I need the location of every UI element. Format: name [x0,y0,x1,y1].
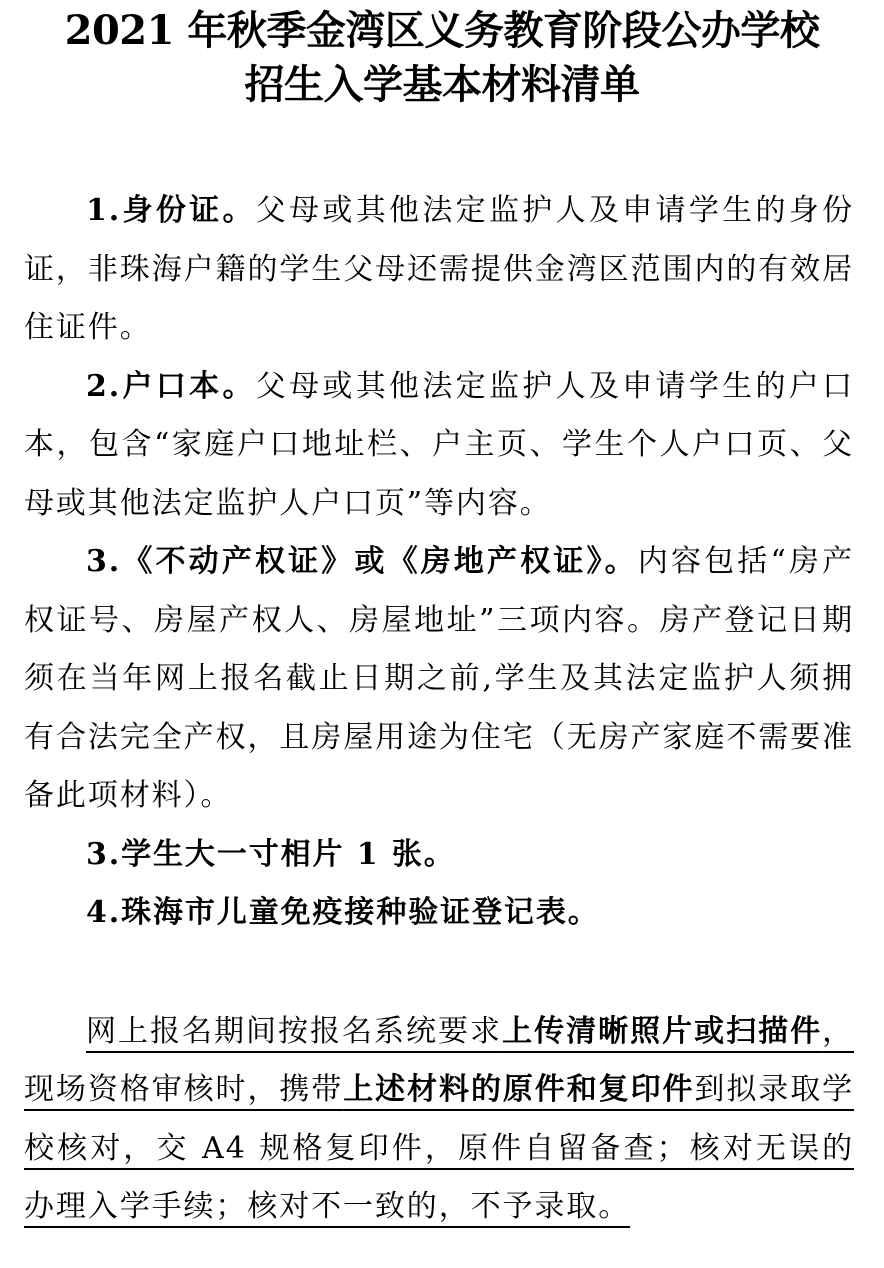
document-title-line-2: 招生入学基本材料清单 [0,58,884,112]
item-heading: 2.户口本。 [86,369,256,404]
section-spacer [24,943,854,1003]
item-property-certificate: 3.《不动产权证》或《房地产权证》。内容包括“房产权证号、房屋产权人、房屋地址”… [24,533,854,826]
submission-note: 网上报名期间按报名系统要求上传清晰照片或扫描件，现场资格审核时，携带上述材料的原… [24,1003,854,1237]
note-part-1: 网上报名期间按报名系统要求 [86,1014,502,1049]
item-heading: 3.学生大一寸相片 1 张。 [86,837,456,872]
document-title-line-1: 2021 年秋季金湾区义务教育阶段公办学校 [0,4,884,58]
item-household-register: 2.户口本。父母或其他法定监护人及申请学生的户口本，包含“家庭户口地址栏、户主页… [24,358,854,534]
note-emphasis-originals: 上述材料的原件和复印件 [343,1072,694,1107]
note-emphasis-upload: 上传清晰照片或扫描件 [502,1014,822,1049]
document-body: 1.身份证。父母或其他法定监护人及申请学生的身份证，非珠海户籍的学生父母还需提供… [24,182,854,1237]
note-underlined-text: 网上报名期间按报名系统要求上传清晰照片或扫描件，现场资格审核时，携带上述材料的原… [24,1014,854,1225]
item-heading: 4.珠海市儿童免疫接种验证登记表。 [86,895,600,930]
item-id-card: 1.身份证。父母或其他法定监护人及申请学生的身份证，非珠海户籍的学生父母还需提供… [24,182,854,358]
item-vaccination-record: 4.珠海市儿童免疫接种验证登记表。 [24,884,854,943]
item-text: 内容包括“房产权证号、房屋产权人、房屋地址”三项内容。房产登记日期须在当年网上报… [24,544,854,813]
item-photo: 3.学生大一寸相片 1 张。 [24,826,854,885]
item-heading: 1.身份证。 [86,193,256,228]
item-heading: 3.《不动产权证》或《房地产权证》。 [86,544,638,579]
